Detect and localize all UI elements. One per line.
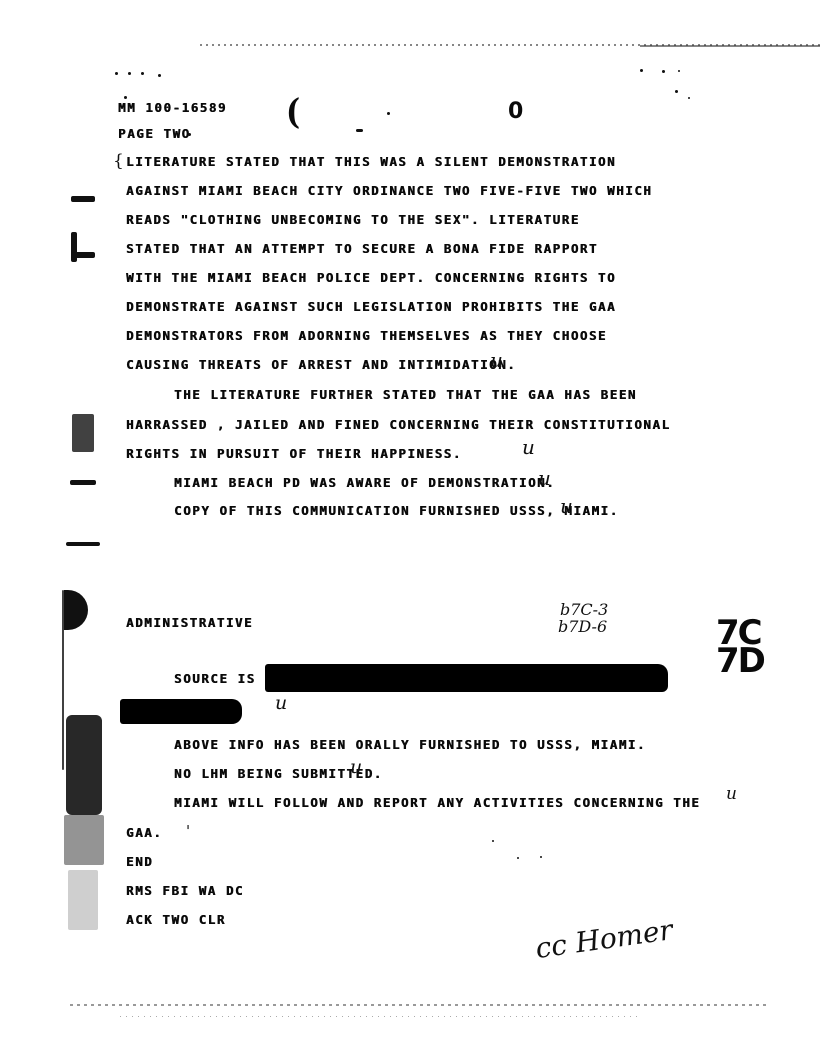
ack-line: ACK TWO CLR — [126, 913, 226, 927]
handwritten-u-mark: u — [560, 494, 573, 518]
end-marker: END — [126, 855, 153, 869]
exemption-code-2: b7D-6 — [558, 619, 607, 635]
admin-line-4: GAA. — [126, 826, 162, 840]
scan-artifact-top-line — [640, 45, 820, 47]
punch-mark-icon: ( — [286, 92, 300, 132]
handwritten-u-mark: u — [538, 466, 551, 490]
body-line-1: LITERATURE STATED THAT THIS WAS A SILENT… — [126, 155, 616, 169]
stray-mark: ' — [186, 822, 190, 840]
admin-line-3: MIAMI WILL FOLLOW AND REPORT ANY ACTIVIT… — [174, 796, 700, 810]
para2-line-1: THE LITERATURE FURTHER STATED THAT THE G… — [174, 388, 637, 402]
exemption-big-code-2: 7D — [716, 646, 764, 676]
body-line-8: CAUSING THREATS OF ARREST AND INTIMIDATI… — [126, 358, 516, 372]
margin-bracket: { — [113, 151, 124, 171]
handwritten-u-mark: u — [275, 692, 287, 714]
page-label: PAGE TWO — [118, 127, 191, 141]
speck — [540, 856, 542, 858]
para3: MIAMI BEACH PD WAS AWARE OF DEMONSTRATIO… — [174, 476, 555, 490]
redaction-bar-source — [265, 664, 668, 692]
exemption-code-1: b7C-3 — [560, 602, 608, 618]
admin-line-1: ABOVE INFO HAS BEEN ORALLY FURNISHED TO … — [174, 738, 646, 752]
para2-line-2: HARRASSED , JAILED AND FINED CONCERNING … — [126, 418, 671, 432]
body-line-7: DEMONSTRATORS FROM ADORNING THEMSELVES A… — [126, 329, 607, 343]
para2-line-3: RIGHTS IN PURSUIT OF THEIR HAPPINESS. — [126, 447, 462, 461]
handwritten-u-mark: u — [490, 348, 503, 372]
handwritten-u-mark: u — [350, 756, 362, 778]
routing-line: RMS FBI WA DC — [126, 884, 244, 898]
body-line-6: DEMONSTRATE AGAINST SUCH LEGISLATION PRO… — [126, 300, 616, 314]
speck — [517, 857, 519, 859]
hole-punch-icon: 0 — [508, 99, 523, 124]
scanned-document-page: MM 100-16589 PAGE TWO ( 0 { LITERATURE S… — [0, 0, 823, 1056]
administrative-heading: ADMINISTRATIVE — [126, 616, 253, 630]
source-label: SOURCE IS — [174, 672, 256, 686]
speck — [492, 840, 494, 842]
scan-artifact-bottom-faint — [120, 1016, 640, 1017]
speck — [188, 133, 191, 136]
speck — [356, 129, 363, 132]
handwritten-u-mark: u — [726, 784, 737, 804]
file-number: MM 100-16589 — [118, 101, 227, 115]
redaction-bar-source-detail — [120, 699, 242, 724]
body-line-4: STATED THAT AN ATTEMPT TO SECURE A BONA … — [126, 242, 598, 256]
speck — [387, 112, 390, 115]
para4: COPY OF THIS COMMUNICATION FURNISHED USS… — [174, 504, 619, 518]
handwritten-signature: cc Homer — [533, 913, 674, 965]
scan-artifact-bottom — [70, 1004, 770, 1006]
body-line-5: WITH THE MIAMI BEACH POLICE DEPT. CONCER… — [126, 271, 616, 285]
handwritten-u-mark: u — [522, 435, 535, 459]
body-line-3: READS "CLOTHING UNBECOMING TO THE SEX". … — [126, 213, 580, 227]
body-line-2: AGAINST MIAMI BEACH CITY ORDINANCE TWO F… — [126, 184, 652, 198]
